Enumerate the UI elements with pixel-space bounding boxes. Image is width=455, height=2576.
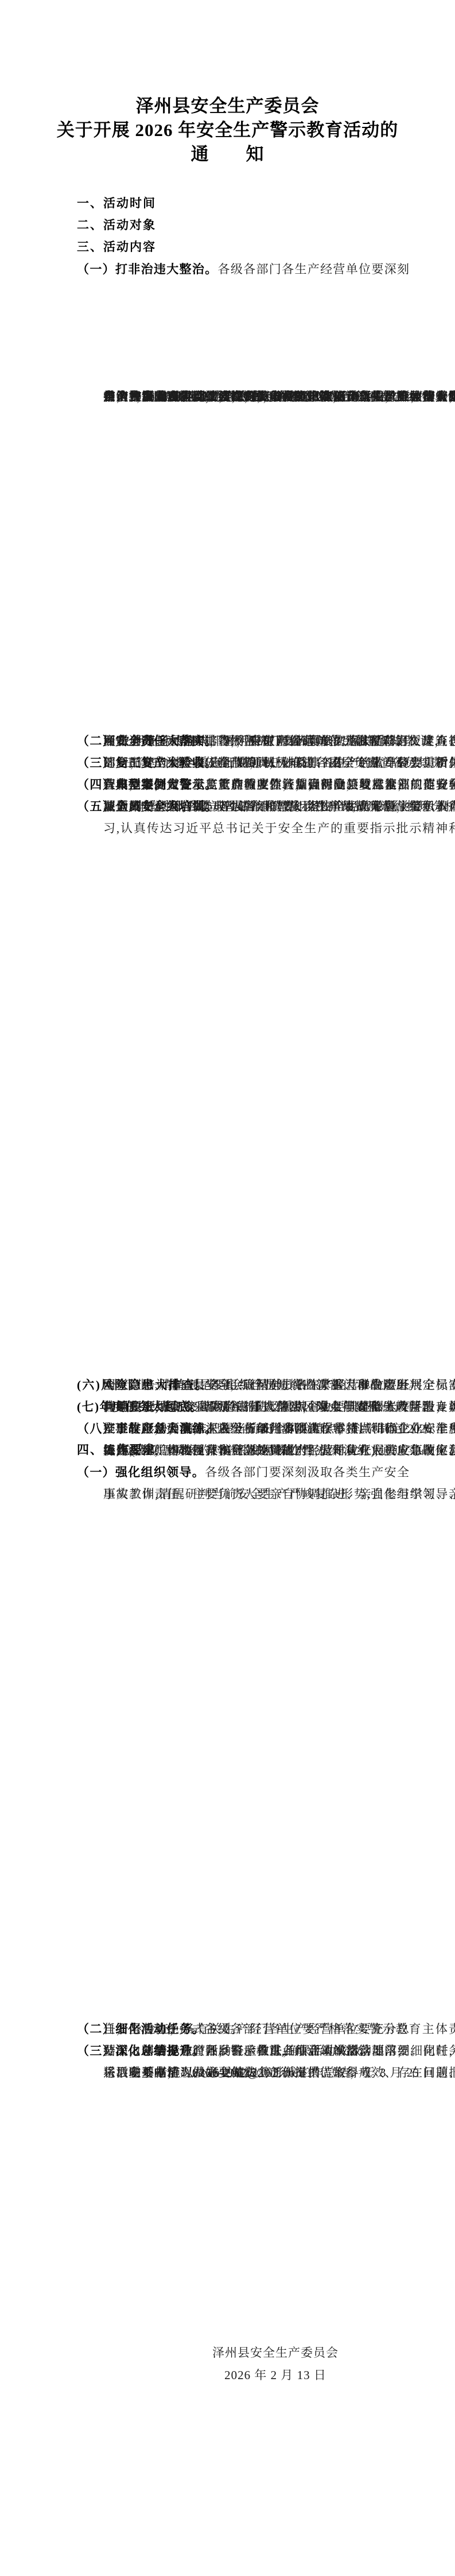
text-run: 电子邮箱：zawb1982@163.com bbox=[129, 2066, 306, 2080]
page-3: 国家、省、市、县安全会议精神。各生产经营单位要开展全员安全生产培训,特别是要组织… bbox=[0, 1288, 455, 1932]
page-1: 泽州县安全生产委员会 关于开展 2026 年安全生产警示教育活动的 通 知 各镇… bbox=[0, 0, 455, 644]
text-line: 习,认真传达习近平总书记关于安全生产的重要指示批示精神和 bbox=[103, 817, 455, 839]
subsection-line: （一）强化组织领导。各级各部门要深刻汲取各类生产安全 bbox=[52, 1461, 409, 1483]
text-line: “一行业一清单”大学习，确保全员熟练掌握、准确运用。 bbox=[103, 1374, 455, 1396]
text-run: 习,认真传达习近平总书记关于安全生产的重要指示批示精神和 bbox=[103, 821, 455, 835]
title-line-subject: 关于开展 2026 年安全生产警示教育活动的 bbox=[0, 118, 455, 142]
text-run: 系统开展 2026 年安全生产警示教育“八大活动”。 bbox=[103, 390, 379, 404]
page-1-body: 各镇人民政府、县安委会各成员单位：为深入贯彻习近平总书记关于安全生产的重要指示批… bbox=[52, 193, 409, 280]
text-line: 覆盖到生产第一线。 bbox=[103, 796, 455, 817]
text-line: 压实工作责任。主要负责人要亲自协调推进、亲自参与学习、亲 bbox=[103, 1483, 455, 1505]
bold-label: （一）强化组织领导。 bbox=[77, 1465, 205, 1479]
text-line: 有序推进。 bbox=[103, 774, 455, 796]
text-line: 订全员安全生产责任制,做到“人人有责、层层负责、各负其责”。 bbox=[103, 752, 455, 774]
document-title: 泽州县安全生产委员会 关于开展 2026 年安全生产警示教育活动的 通 知 bbox=[0, 94, 455, 166]
text-line: 推进时限，确保治本攻坚三年行动圆满收官。 bbox=[103, 1418, 455, 1440]
text-run: 处置流程，切实提升安全防控实战水平。 bbox=[103, 1444, 333, 1457]
text-run: 订全员安全生产责任制,做到“人人有责、层层负责、各负其责”。 bbox=[103, 756, 455, 770]
text-line: 环境。 bbox=[103, 1396, 455, 1418]
text-run: 覆盖到生产第一线。 bbox=[103, 800, 218, 813]
text-run: 任，坚决杜绝形式主义。 bbox=[103, 2022, 243, 2036]
page-3-body: 国家、省、市、县安全会议精神。各生产经营单位要开展全员安全生产培训,特别是要组织… bbox=[52, 1374, 409, 1483]
text-line: 电子邮箱：zawb1982@163.com bbox=[103, 2062, 455, 2084]
section-heading: 二、活动对象 bbox=[52, 215, 409, 236]
bold-label: 一、活动时间 bbox=[77, 197, 156, 210]
text-run: “一行业一清单”大学习，确保全员熟练掌握、准确运用。 bbox=[103, 1378, 421, 1392]
text-run: 各级各部门各生产经营单位要深刻 bbox=[218, 262, 409, 276]
page-2: 汲取朔州市佳鹏生物科技有限公司“2·7”爆炸事故教训，按照省、市、县统一部署，采… bbox=[0, 644, 455, 1288]
text-run: 要大力创新多途径开展警示教育,确保活动成效。 bbox=[103, 2044, 375, 2058]
text-run: 各级各部门要深刻汲取各类生产安全 bbox=[205, 1465, 409, 1479]
text-line: 场所进行一次全面排查，坚决打击各类非法违法活动。 bbox=[103, 730, 455, 752]
page-4-body: 自督导检查，各有关生产经营单位要严格落实警示教育主体责任，坚决杜绝形式主义。（二… bbox=[52, 2018, 409, 2062]
text-line: 处置流程，切实提升安全防控实战水平。 bbox=[103, 1440, 455, 1461]
signature-date: 2026 年 2 月 13 日 bbox=[212, 2364, 339, 2387]
page-4: 自督导检查，各有关生产经营单位要严格落实警示教育主体责任，坚决杜绝形式主义。（二… bbox=[0, 1932, 455, 2576]
subsection-line: （一）打非治违大整治。各级各部门各生产经营单位要深刻 bbox=[52, 258, 409, 280]
section-heading: 一、活动时间 bbox=[52, 193, 409, 215]
text-line: 任，坚决杜绝形式主义。 bbox=[103, 2018, 455, 2040]
text-run: 压实工作责任。主要负责人要亲自协调推进、亲自参与学习、亲 bbox=[103, 1487, 455, 1501]
text-run: 推进时限，确保治本攻坚三年行动圆满收官。 bbox=[103, 1422, 358, 1436]
text-run: 场所进行一次全面排查，坚决打击各类非法违法活动。 bbox=[103, 734, 409, 748]
page-2-body: 汲取朔州市佳鹏生物科技有限公司“2·7”爆炸事故教训，按照省、市、县统一部署，采… bbox=[52, 730, 409, 817]
notice-document: 泽州县安全生产委员会 关于开展 2026 年安全生产警示教育活动的 通 知 各镇… bbox=[0, 0, 455, 2576]
text-line: 要大力创新多途径开展警示教育,确保活动成效。 bbox=[103, 2040, 455, 2062]
section-heading: 三、活动内容 bbox=[52, 236, 409, 258]
title-line-issuer: 泽州县安全生产委员会 bbox=[0, 94, 455, 118]
bold-label: 三、活动内容 bbox=[77, 240, 156, 254]
text-line: 系统开展 2026 年安全生产警示教育“八大活动”。 bbox=[103, 386, 455, 408]
text-run: 环境。 bbox=[103, 1400, 142, 1414]
bold-label: 二、活动对象 bbox=[77, 219, 156, 232]
title-line-notice: 通 知 bbox=[0, 142, 455, 166]
bold-label: （一）打非治违大整治。 bbox=[77, 262, 218, 276]
signature-block: 泽州县安全生产委员会 2026 年 2 月 13 日 bbox=[212, 2342, 339, 2387]
signature-org: 泽州县安全生产委员会 bbox=[212, 2342, 339, 2364]
text-run: 有序推进。 bbox=[103, 778, 167, 792]
